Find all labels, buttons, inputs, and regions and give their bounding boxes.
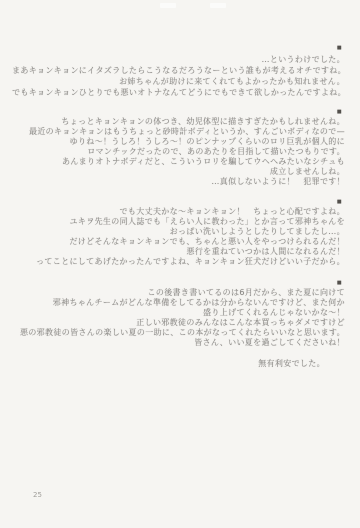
afterword-line: だけどそんなキョンキョンでも、ちゃんと悪い人をやっつけられるんだ！ — [12, 237, 345, 247]
afterword-line: 最近のキョンキョンはもうちょっと砂時計ボディというか、すんごいボディなので— — [12, 127, 345, 137]
section-marker-icon: ■ — [12, 43, 345, 54]
afterword-line: 正しい邪教徒のみんなはこんな本買っちゃダメですけど — [12, 318, 345, 328]
section-marker-icon: ■ — [12, 107, 345, 117]
scanned-afterword-page: ■ …というわけでした。 まあキョンキョンにイタズラしたらこうなるだろうなーとい… — [0, 0, 360, 528]
afterword-section-4: ■ この後書き書いてるのは6月だから、また夏に向けて 邪神ちゃんチームがどんな準… — [12, 278, 345, 348]
afterword-line: この後書き書いてるのは6月だから、また夏に向けて — [12, 288, 345, 298]
afterword-line: でも大丈夫かな〜キョンキョン！ ちょっと心配ですよね。 — [12, 207, 345, 217]
afterword-line: …真似しないように！ 犯罪です！ — [12, 177, 345, 187]
afterword-line: ユキヲ先生の同人誌でも「えらい人に教わった」とか言って邪神ちゃんを — [12, 217, 345, 227]
afterword-section-3: ■ でも大丈夫かな〜キョンキョン！ ちょっと心配ですよね。 ユキヲ先生の同人誌で… — [12, 197, 345, 267]
show-through-artifact — [160, 3, 176, 8]
page-number: 25 — [33, 491, 42, 499]
afterword-line: ってことにしてあげたかったんですよね、キョンキョン狂犬だけどいい子だから。 — [12, 257, 345, 267]
afterword-line: ロマンチックだったので、あのあたりを目指して描いたつもりです。 — [12, 147, 345, 157]
afterword-line: まあキョンキョンにイタズラしたらこうなるだろうなーという誰もが考えるオチですね。 — [12, 65, 345, 76]
afterword-section-1: ■ …というわけでした。 まあキョンキョンにイタズラしたらこうなるだろうなーとい… — [12, 43, 345, 98]
afterword-line: おっぱい洗いしようとしたりしてましたし…。 — [12, 227, 345, 237]
afterword-line: 悪行を重ねていつかは人間になれるんだ！ — [12, 247, 345, 257]
afterword-line: 成立しませんしね。 — [12, 167, 345, 177]
afterword-section-2: ■ ちょっとキョンキョンの体つき、幼児体型に描きすぎたかもしれませんね。 最近の… — [12, 107, 345, 187]
afterword-line: ゆりね〜！うしろ！うしろ〜！のピンナップくらいのロリ巨乳が個人的に — [12, 137, 345, 147]
show-through-artifact — [210, 3, 226, 8]
author-signature: 無有利安でした。 — [258, 358, 325, 369]
afterword-line: あんまりオトナボディだと、こういうロリを騙してウヘヘみたいなシチュも — [12, 157, 345, 167]
afterword-line: 盛り上げてくれるんじゃないかな〜！ — [12, 308, 345, 318]
section-marker-icon: ■ — [12, 197, 345, 207]
afterword-line: …というわけでした。 — [12, 54, 345, 65]
afterword-line: でもキョンキョンひとりでも悪いオトナなんてどうにでもできて欲しかったんですよね。 — [12, 87, 345, 98]
afterword-line: ちょっとキョンキョンの体つき、幼児体型に描きすぎたかもしれませんね。 — [12, 117, 345, 127]
afterword-line: 皆さん、いい夏を過ごしてくださいね！ — [12, 338, 345, 348]
afterword-line: 邪神ちゃんチームがどんな準備をしてるかは分からないんですけど、また何か — [12, 298, 345, 308]
afterword-line: お姉ちゃんが助けに来てくれてもよかったかも知れません。 — [12, 76, 345, 87]
section-marker-icon: ■ — [12, 278, 345, 288]
afterword-line: 悪の邪教徒の皆さんの楽しい夏の一助に、この本がなってくれたらいいなと思います。 — [12, 328, 345, 338]
